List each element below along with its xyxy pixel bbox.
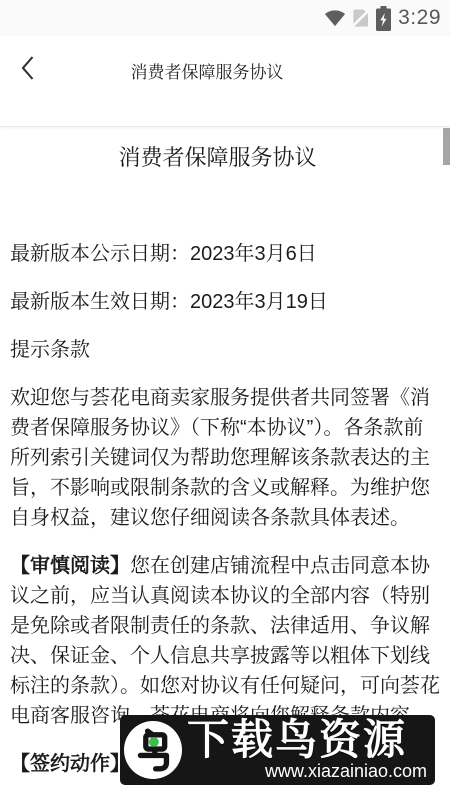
paragraph-welcome: 欢迎您与荟花电商卖家服务提供者共同签署《消费者保障服务协议》（下称“本协议”）。… bbox=[10, 383, 440, 533]
status-time: 3:29 bbox=[398, 6, 441, 30]
effective-date-line: 最新版本生效日期：2023年3月19日 bbox=[10, 287, 440, 317]
bird-logo-icon bbox=[124, 721, 182, 779]
publish-date-line: 最新版本公示日期：2023年3月6日 bbox=[10, 239, 440, 269]
document-title: 消费者保障服务协议 bbox=[10, 143, 425, 173]
battery-charging-icon bbox=[376, 6, 391, 31]
section-heading-tips: 提示条款 bbox=[10, 335, 440, 365]
no-sim-icon bbox=[351, 8, 371, 28]
watermark-banner[interactable]: 下载鸟资源 www.xiazainiao.com bbox=[120, 715, 435, 785]
paragraph-careful-reading: 【审慎阅读】您在创建店铺流程中点击同意本协议之前，应当认真阅读本协议的全部内容（… bbox=[10, 551, 440, 731]
app-bar: 消费者保障服务协议 bbox=[0, 36, 450, 127]
app-bar-title: 消费者保障服务协议 bbox=[0, 36, 414, 104]
status-bar: 3:29 bbox=[0, 0, 450, 36]
watermark-title: 下载鸟资源 bbox=[187, 718, 427, 762]
paragraph-lead: 【签约动作】 bbox=[10, 753, 130, 775]
watermark-url: www.xiazainiao.com bbox=[187, 762, 427, 781]
wifi-icon bbox=[324, 9, 346, 27]
paragraph-lead: 【审慎阅读】 bbox=[10, 555, 130, 577]
scrollbar-thumb[interactable] bbox=[443, 128, 450, 165]
agreement-document: 消费者保障服务协议 最新版本公示日期：2023年3月6日 最新版本生效日期：20… bbox=[0, 127, 450, 779]
